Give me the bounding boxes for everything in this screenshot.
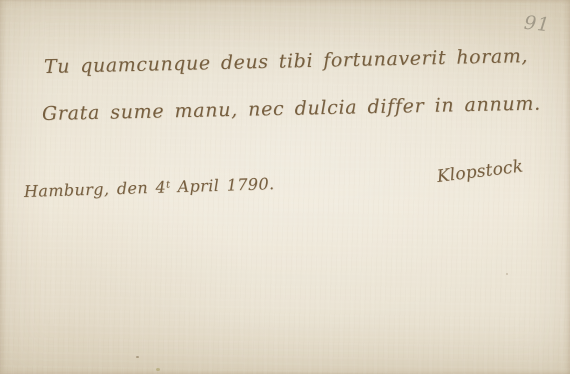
paper-speck [136,356,139,358]
paper-speck [506,273,508,275]
manuscript-page: 91 Tu quamcunque deus tibi fortunaverit … [0,0,570,374]
dateline: Hamburg, den 4t April 1790. [24,174,275,201]
signature: Klopstock [436,157,524,187]
dateline-month-year: April 1790. [170,174,275,196]
paper-speck [156,368,160,371]
verse-line-1: Tu quamcunque deus tibi fortunaverit hor… [44,45,529,78]
dateline-place-day: Hamburg, den 4 [24,178,167,201]
folio-number: 91 [523,12,551,37]
verse-line-2: Grata sume manu, nec dulcia differ in an… [42,93,541,125]
